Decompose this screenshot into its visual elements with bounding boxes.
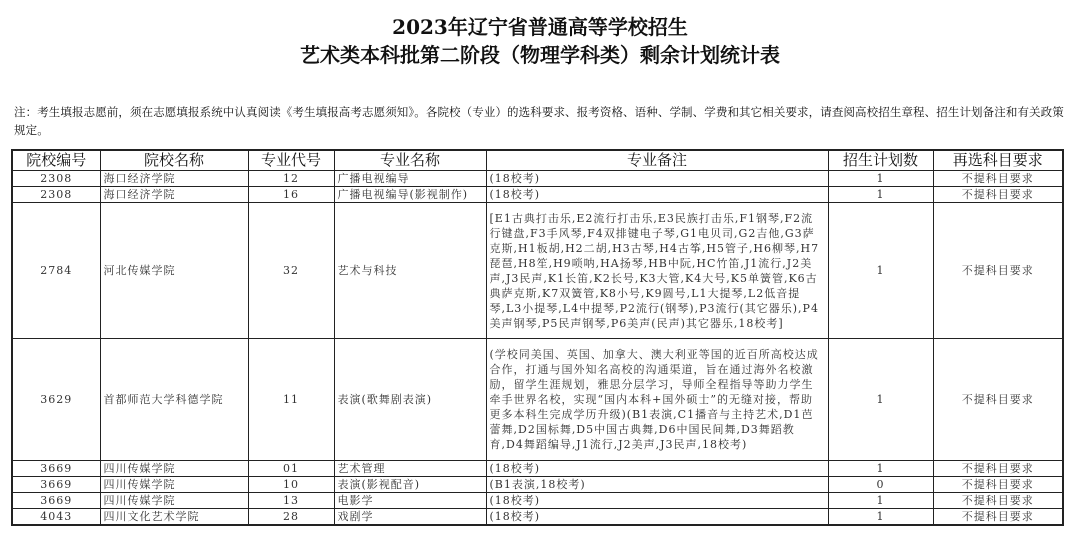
cell-plan-count: 1: [828, 187, 933, 203]
cell-subject-requirement: 不提科目要求: [933, 493, 1063, 509]
cell-school-code: 4043: [12, 509, 100, 526]
cell-major-code: 32: [248, 203, 334, 339]
cell-plan-count: 1: [828, 339, 933, 461]
cell-major-name: 艺术与科技: [334, 203, 486, 339]
cell-subject-requirement: 不提科目要求: [933, 203, 1063, 339]
cell-major-notes: (18校考): [486, 171, 828, 187]
header-major-notes: 专业备注: [486, 150, 828, 171]
cell-subject-requirement: 不提科目要求: [933, 477, 1063, 493]
cell-plan-count: 1: [828, 203, 933, 339]
remaining-plan-table: 院校编号 院校名称 专业代号 专业名称 专业备注 招生计划数 再选科目要求 23…: [11, 149, 1064, 526]
table-row: 3669四川传媒学院10表演(影视配音)(B1表演,18校考)0不提科目要求: [12, 477, 1063, 493]
cell-school-name: 海口经济学院: [100, 187, 248, 203]
cell-school-name: 四川传媒学院: [100, 493, 248, 509]
cell-school-code: 3629: [12, 339, 100, 461]
cell-major-name: 戏剧学: [334, 509, 486, 526]
cell-subject-requirement: 不提科目要求: [933, 171, 1063, 187]
cell-major-notes: (18校考): [486, 493, 828, 509]
cell-plan-count: 1: [828, 461, 933, 477]
cell-major-name: 表演(歌舞剧表演): [334, 339, 486, 461]
cell-major-name: 艺术管理: [334, 461, 486, 477]
cell-major-notes: (18校考): [486, 509, 828, 526]
table-header-row: 院校编号 院校名称 专业代号 专业名称 专业备注 招生计划数 再选科目要求: [12, 150, 1063, 171]
cell-subject-requirement: 不提科目要求: [933, 187, 1063, 203]
cell-major-name: 广播电视编导: [334, 171, 486, 187]
cell-school-name: 四川传媒学院: [100, 461, 248, 477]
cell-school-name: 四川文化艺术学院: [100, 509, 248, 526]
cell-major-code: 13: [248, 493, 334, 509]
header-school-code: 院校编号: [12, 150, 100, 171]
cell-subject-requirement: 不提科目要求: [933, 509, 1063, 526]
page-title-line-2: 艺术类本科批第二阶段（物理学科类）剩余计划统计表: [0, 42, 1080, 68]
cell-school-code: 3669: [12, 477, 100, 493]
header-plan-count: 招生计划数: [828, 150, 933, 171]
header-subject-requirement: 再选科目要求: [933, 150, 1063, 171]
cell-major-code: 16: [248, 187, 334, 203]
table-row: 2784河北传媒学院32艺术与科技[E1古典打击乐,E2流行打击乐,E3民族打击…: [12, 203, 1063, 339]
cell-school-code: 3669: [12, 493, 100, 509]
cell-major-code: 12: [248, 171, 334, 187]
cell-major-notes: (学校同美国、英国、加拿大、澳大利亚等国的近百所高校达成合作，打通与国外知名高校…: [486, 339, 828, 461]
cell-major-name: 表演(影视配音): [334, 477, 486, 493]
cell-major-name: 电影学: [334, 493, 486, 509]
cell-school-code: 2308: [12, 171, 100, 187]
cell-school-code: 2784: [12, 203, 100, 339]
cell-school-name: 海口经济学院: [100, 171, 248, 187]
cell-major-notes: [E1古典打击乐,E2流行打击乐,E3民族打击乐,F1钢琴,F2流行键盘,F3手…: [486, 203, 828, 339]
cell-school-name: 四川传媒学院: [100, 477, 248, 493]
cell-plan-count: 1: [828, 171, 933, 187]
cell-major-name: 广播电视编导(影视制作): [334, 187, 486, 203]
page-title-line-1: 2023年辽宁省普通高等学校招生: [0, 14, 1080, 40]
table-row: 3669四川传媒学院01艺术管理(18校考)1不提科目要求: [12, 461, 1063, 477]
cell-school-name: 首都师范大学科德学院: [100, 339, 248, 461]
cell-major-code: 28: [248, 509, 334, 526]
table-row: 2308海口经济学院16广播电视编导(影视制作)(18校考)1不提科目要求: [12, 187, 1063, 203]
header-major-code: 专业代号: [248, 150, 334, 171]
header-major-name: 专业名称: [334, 150, 486, 171]
cell-plan-count: 1: [828, 509, 933, 526]
cell-subject-requirement: 不提科目要求: [933, 339, 1063, 461]
cell-major-code: 10: [248, 477, 334, 493]
cell-school-code: 2308: [12, 187, 100, 203]
cell-plan-count: 0: [828, 477, 933, 493]
cell-school-code: 3669: [12, 461, 100, 477]
cell-major-notes: (18校考): [486, 461, 828, 477]
cell-school-name: 河北传媒学院: [100, 203, 248, 339]
cell-major-notes: (B1表演,18校考): [486, 477, 828, 493]
cell-plan-count: 1: [828, 493, 933, 509]
table-row: 2308海口经济学院12广播电视编导(18校考)1不提科目要求: [12, 171, 1063, 187]
table-row: 4043四川文化艺术学院28戏剧学(18校考)1不提科目要求: [12, 509, 1063, 526]
cell-major-code: 11: [248, 339, 334, 461]
cell-major-code: 01: [248, 461, 334, 477]
header-school-name: 院校名称: [100, 150, 248, 171]
cell-major-notes: (18校考): [486, 187, 828, 203]
notice-text: 注：考生填报志愿前，须在志愿填报系统中认真阅读《考生填报高考志愿须知》。各院校（…: [14, 103, 1066, 139]
cell-subject-requirement: 不提科目要求: [933, 461, 1063, 477]
table-row: 3629首都师范大学科德学院11表演(歌舞剧表演)(学校同美国、英国、加拿大、澳…: [12, 339, 1063, 461]
table-row: 3669四川传媒学院13电影学(18校考)1不提科目要求: [12, 493, 1063, 509]
